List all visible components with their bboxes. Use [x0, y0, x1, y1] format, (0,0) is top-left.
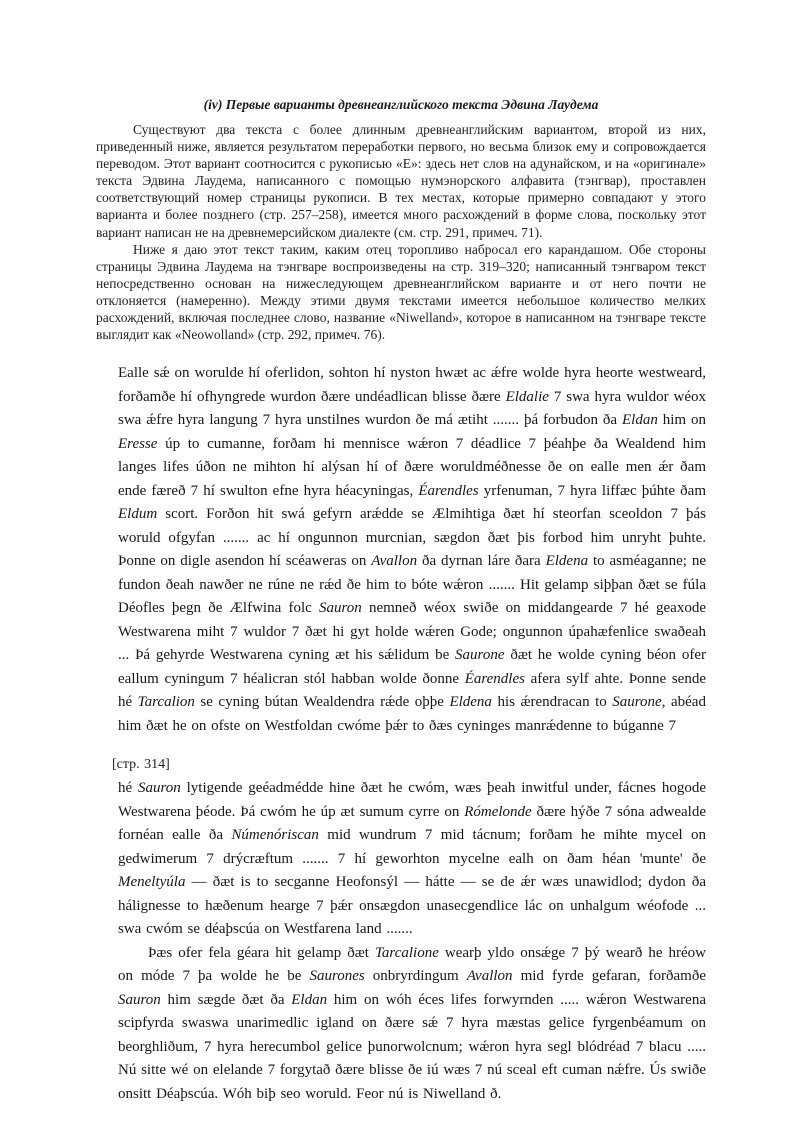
old-english-paragraph-1: Ealle sǽ on worulde hí oferlidon, sohton… [118, 362, 706, 738]
section-title: (iv) Первые варианты древнеанглийского т… [96, 96, 706, 114]
scanned-book-page: (iv) Первые варианты древнеанглийского т… [0, 0, 800, 1131]
intro-paragraph-1: Существуют два текста с более длинным др… [96, 121, 706, 241]
page-reference: [стр. 314] [112, 756, 706, 774]
intro-paragraph-2: Ниже я даю этот текст таким, каким отец … [96, 241, 706, 344]
old-english-text: Ealle sǽ on worulde hí oferlidon, sohton… [118, 362, 706, 1106]
old-english-paragraph-2: hé Sauron lytigende geéadmédde hine ðæt … [118, 777, 706, 942]
old-english-paragraph-3: Þæs ofer fela géara hit gelamp ðæt Tarca… [118, 942, 706, 1107]
